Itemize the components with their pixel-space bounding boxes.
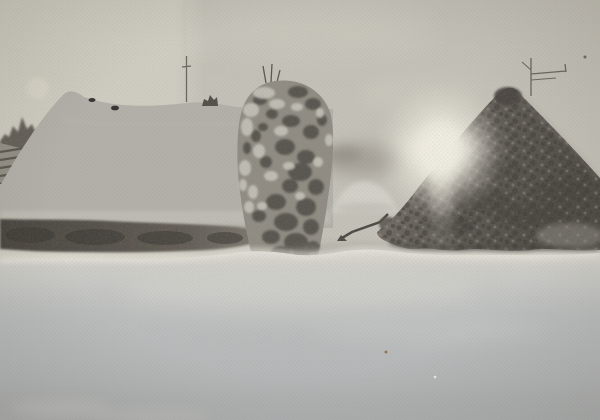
snow-scene-svg	[0, 0, 600, 420]
halftone-photo	[0, 0, 600, 420]
vignette	[0, 0, 600, 420]
